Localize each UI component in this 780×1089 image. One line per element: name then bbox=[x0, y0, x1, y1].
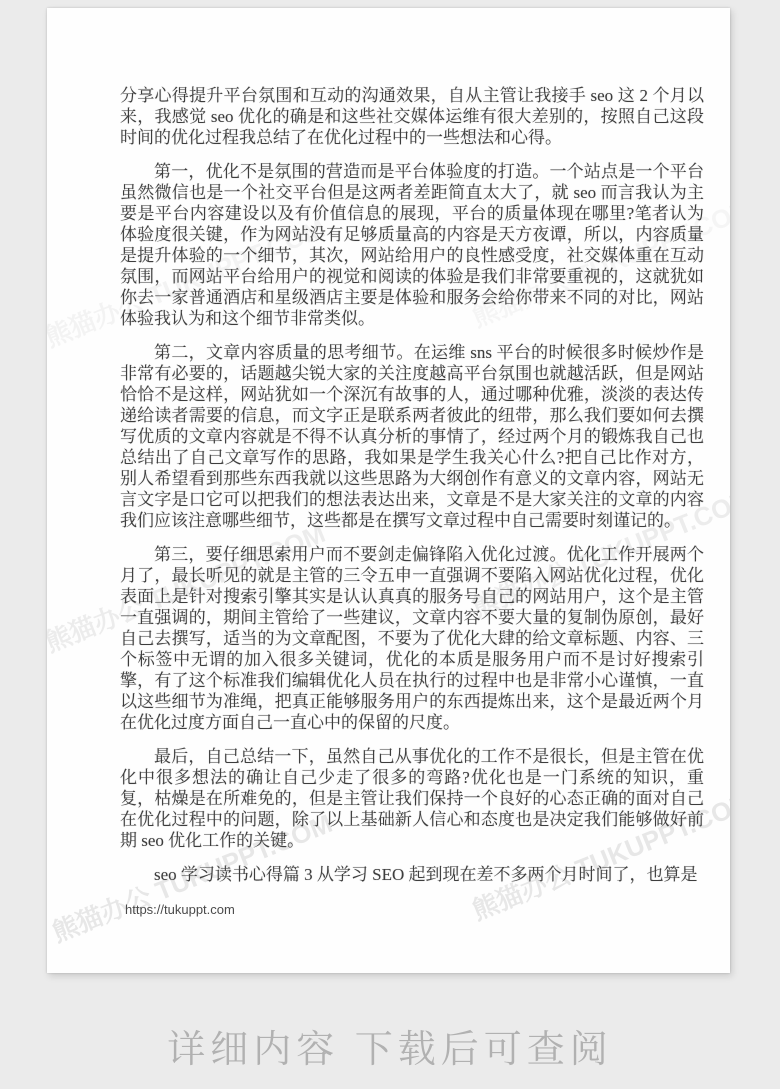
paragraph: 第一，优化不是氛围的营造而是平台体验度的打造。一个站点是一个平台虽然微信也是一个… bbox=[120, 161, 704, 329]
paragraph: 第三，要仔细思索用户而不要剑走偏锋陷入优化过渡。优化工作开展两个月了，最长听见的… bbox=[120, 544, 704, 733]
paragraph: 分享心得提升平台氛围和互动的沟通效果，自从主管让我接手 seo 这 2 个月以来… bbox=[120, 85, 704, 148]
document-page: 熊猫办公 TUKUPPT.COM 熊猫办公 TUKUPPT.COM 熊猫办公 T… bbox=[47, 8, 730, 973]
document-preview-screen: { "page": { "background_color": "#ebebeb… bbox=[0, 0, 780, 1089]
paragraph: seo 学习读书心得篇 3 从学习 SEO 起到现在差不多两个月时间了，也算是 bbox=[120, 864, 704, 885]
preview-caption: 详细内容 下载后可查阅 bbox=[0, 1018, 780, 1073]
source-url: https://tukuppt.com bbox=[125, 902, 730, 917]
paragraph: 第二，文章内容质量的思考细节。在运维 sns 平台的时候很多时候炒作是非常有必要… bbox=[120, 342, 704, 531]
paragraph: 最后，自己总结一下，虽然自己从事优化的工作不是很长，但是主管在优化中很多想法的确… bbox=[120, 746, 704, 851]
document-text: 分享心得提升平台氛围和互动的沟通效果，自从主管让我接手 seo 这 2 个月以来… bbox=[47, 8, 730, 885]
